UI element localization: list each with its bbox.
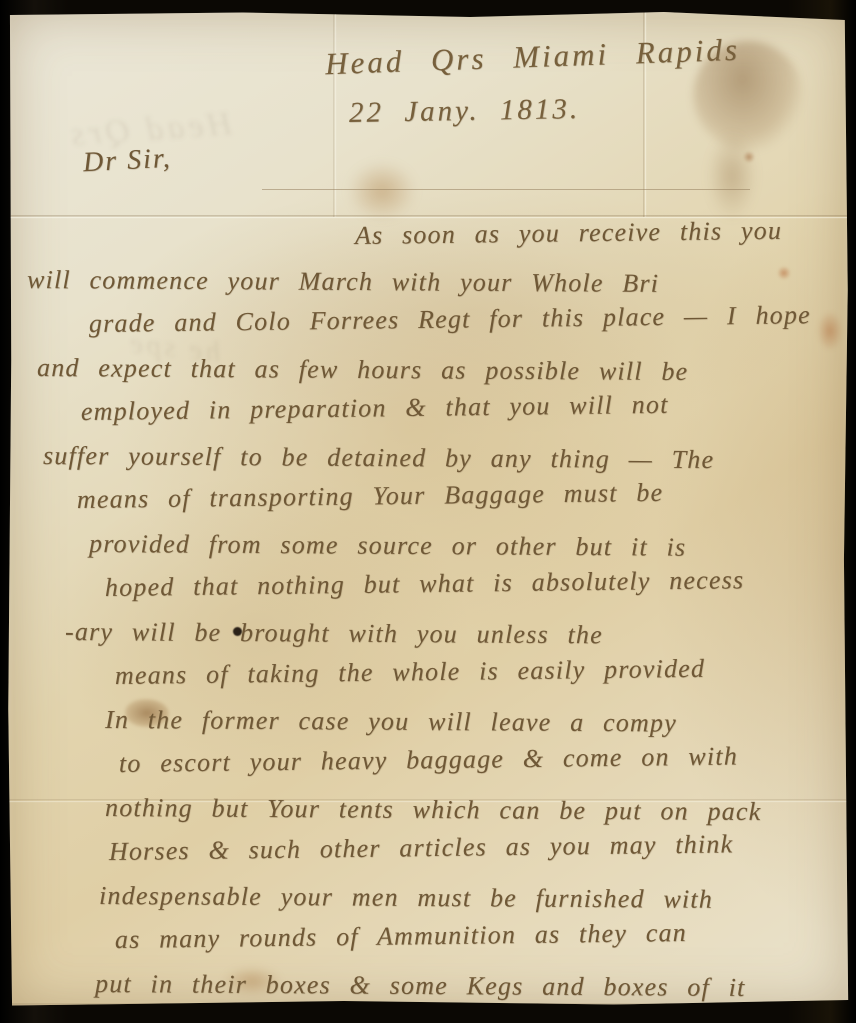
letter-line: as many rounds of Ammunition as they can bbox=[115, 916, 843, 969]
letter-line: grade and Colo Forrees Regt for this pla… bbox=[89, 300, 843, 353]
paper-stain bbox=[347, 161, 417, 221]
letter-page: Head Qrs he spe Head Qrs Miami Rapids 22… bbox=[7, 11, 849, 1008]
fold-crease-vertical bbox=[333, 11, 335, 217]
photo-background: Head Qrs he spe Head Qrs Miami Rapids 22… bbox=[0, 0, 856, 1023]
ruled-line bbox=[262, 189, 750, 190]
ink-stain bbox=[707, 131, 757, 221]
letter-body: As soon as you receive this you will com… bbox=[19, 221, 843, 1013]
letter-line: to escort your heavy baggage & come on w… bbox=[119, 740, 843, 793]
letter-line: Horses & such other articles as you may … bbox=[109, 828, 843, 881]
letter-line: employed in preparation & that you will … bbox=[81, 388, 843, 441]
letter-line: As soon as you receive this you bbox=[355, 215, 844, 265]
letter-line: put in their boxes & some Kegs and boxes… bbox=[95, 969, 843, 1018]
letter-line: hoped that nothing but what is absolutel… bbox=[105, 564, 843, 617]
letter-heading-place: Head Qrs Miami Rapids bbox=[324, 32, 740, 82]
letter-line: means of taking the whole is easily prov… bbox=[115, 652, 843, 705]
letter-heading-date: 22 Jany. 1813. bbox=[349, 93, 581, 130]
letter-line: means of transporting Your Baggage must … bbox=[77, 476, 843, 529]
letter-salutation: Dr Sir, bbox=[82, 143, 172, 180]
ink-spot bbox=[743, 151, 755, 163]
